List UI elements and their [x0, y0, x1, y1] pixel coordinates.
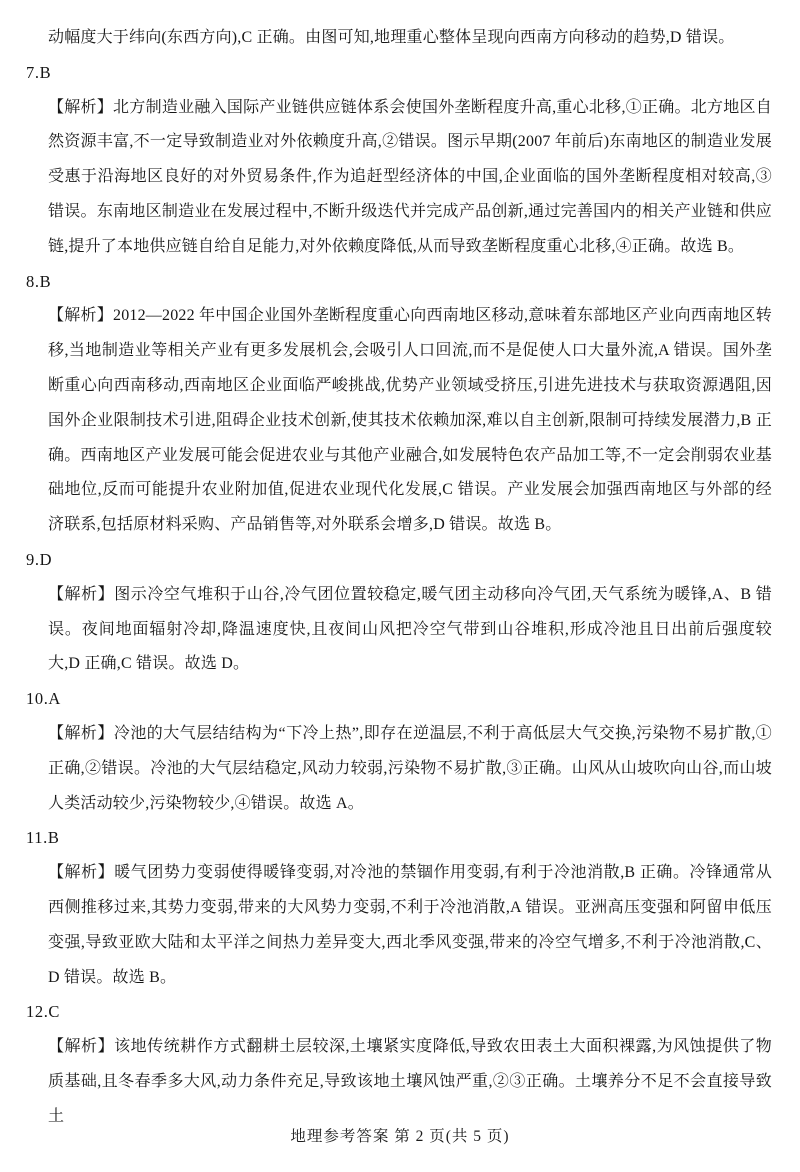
answer-explanation-10: 【解析】冷池的大气层结结构为“下冷上热”,即存在逆温层,不利于高低层大气交换,污… — [48, 717, 772, 821]
answer-key-page: 动幅度大于纬向(东西方向),C 正确。由图可知,地理重心整体呈现向西南方向移动的… — [0, 0, 800, 1172]
answer-number-10: 10.A — [26, 682, 772, 717]
answer-explanation-8: 【解析】2012—2022 年中国企业国外垄断程度重心向西南地区移动,意味着东部… — [48, 299, 772, 543]
answer-block-10: 10.A 【解析】冷池的大气层结结构为“下冷上热”,即存在逆温层,不利于高低层大… — [26, 682, 772, 821]
answer-number-11: 11.B — [26, 821, 772, 856]
answer-block-8: 8.B 【解析】2012—2022 年中国企业国外垄断程度重心向西南地区移动,意… — [26, 265, 772, 543]
answer-explanation-9: 【解析】图示冷空气堆积于山谷,冷气团位置较稳定,暖气团主动移向冷气团,天气系统为… — [48, 578, 772, 682]
continuation-paragraph: 动幅度大于纬向(东西方向),C 正确。由图可知,地理重心整体呈现向西南方向移动的… — [48, 21, 772, 56]
answer-block-12: 12.C 【解析】该地传统耕作方式翻耕土层较深,土壤紧实度降低,导致农田表土大面… — [26, 995, 772, 1134]
answer-block-9: 9.D 【解析】图示冷空气堆积于山谷,冷气团位置较稳定,暖气团主动移向冷气团,天… — [26, 543, 772, 682]
answer-number-9: 9.D — [26, 543, 772, 578]
answer-number-12: 12.C — [26, 995, 772, 1030]
answer-block-11: 11.B 【解析】暖气团势力变弱使得暖锋变弱,对冷池的禁锢作用变弱,有利于冷池消… — [26, 821, 772, 995]
answer-number-8: 8.B — [26, 265, 772, 300]
page-footer: 地理参考答案 第 2 页(共 5 页) — [0, 1124, 800, 1146]
answer-number-7: 7.B — [26, 56, 772, 91]
answer-explanation-7: 【解析】北方制造业融入国际产业链供应链体系会使国外垄断程度升高,重心北移,①正确… — [48, 91, 772, 265]
answer-explanation-12: 【解析】该地传统耕作方式翻耕土层较深,土壤紧实度降低,导致农田表土大面积裸露,为… — [48, 1030, 772, 1134]
answer-block-7: 7.B 【解析】北方制造业融入国际产业链供应链体系会使国外垄断程度升高,重心北移… — [26, 56, 772, 265]
answer-explanation-11: 【解析】暖气团势力变弱使得暖锋变弱,对冷池的禁锢作用变弱,有利于冷池消散,B 正… — [48, 856, 772, 995]
